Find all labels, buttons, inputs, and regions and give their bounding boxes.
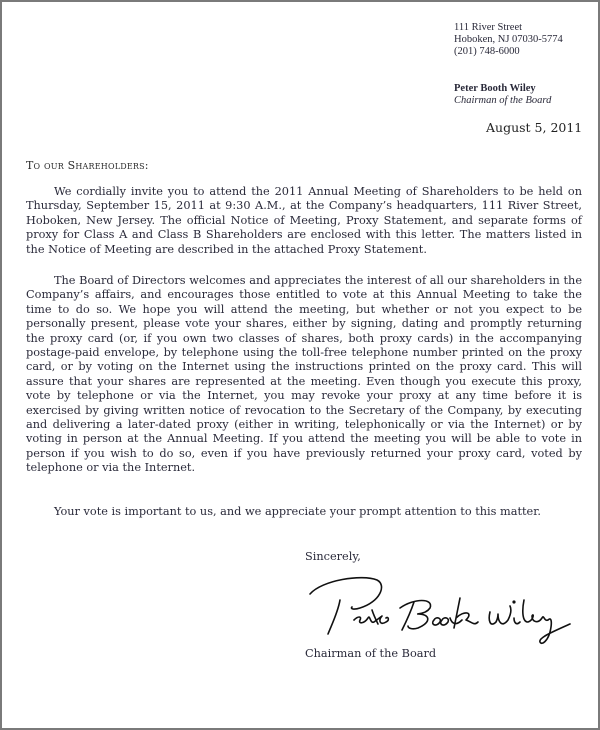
signature-icon	[302, 572, 572, 652]
letterhead-address: 111 River Street Hoboken, NJ 07030-5774 …	[454, 22, 563, 58]
salutation: To our Shareholders:	[26, 159, 149, 172]
paragraph-text: The Board of Directors welcomes and appr…	[26, 274, 582, 476]
sender-name: Peter Booth Wiley	[454, 83, 551, 95]
letter-page: 111 River Street Hoboken, NJ 07030-5774 …	[0, 0, 600, 730]
body-paragraph-3: Your vote is important to us, and we app…	[26, 505, 582, 519]
signature-title: Chairman of the Board	[305, 647, 436, 660]
letter-date: August 5, 2011	[486, 120, 582, 135]
address-line-phone: (201) 748-6000	[454, 46, 563, 58]
closing: Sincerely,	[305, 550, 361, 563]
address-line-street: 111 River Street	[454, 22, 563, 34]
letterhead-sender: Peter Booth Wiley Chairman of the Board	[454, 83, 551, 107]
sender-title: Chairman of the Board	[454, 95, 551, 107]
address-line-city: Hoboken, NJ 07030-5774	[454, 34, 563, 46]
body-paragraph-2: The Board of Directors welcomes and appr…	[26, 274, 582, 476]
paragraph-text: We cordially invite you to attend the 20…	[26, 185, 582, 257]
body-paragraph-1: We cordially invite you to attend the 20…	[26, 185, 582, 257]
paragraph-text: Your vote is important to us, and we app…	[26, 505, 582, 519]
